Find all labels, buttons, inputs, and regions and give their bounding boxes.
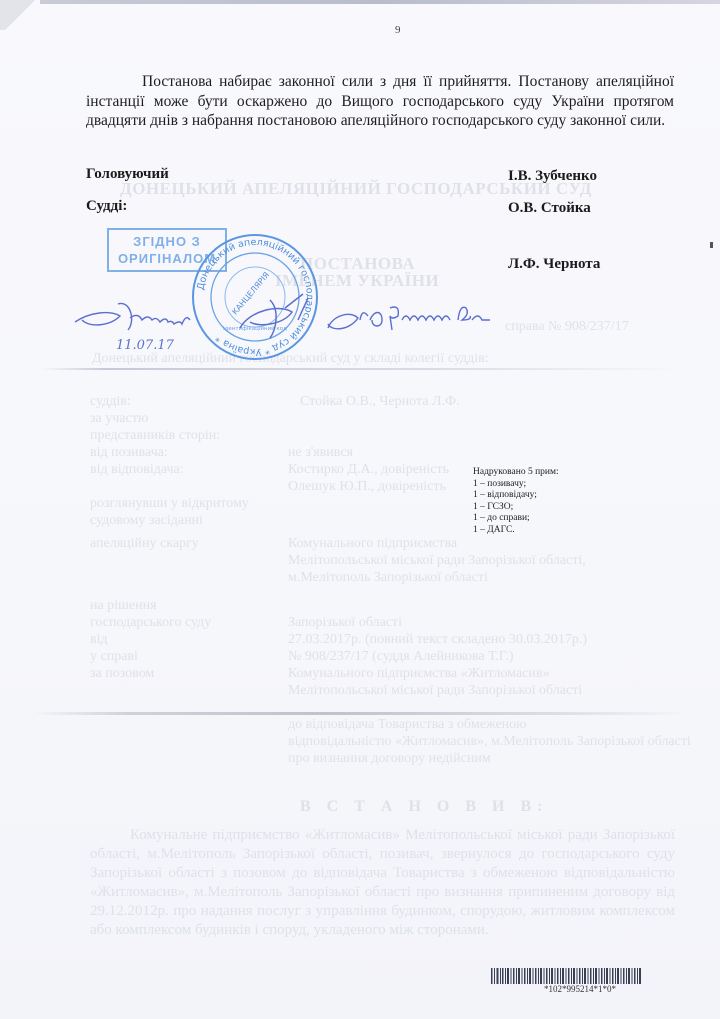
presiding-judge-label: Головуючий xyxy=(86,166,169,183)
ghost-right-value: до відповідача Товариства з обмеженою xyxy=(288,716,527,733)
paragraph-text: Постанова набирає законної сили з дня її… xyxy=(86,73,674,129)
ghost-right-value: не з'явився xyxy=(288,444,353,461)
ghost-left-label: за позовом xyxy=(90,665,154,682)
ghost-right-value: про визнання договору недійсним xyxy=(288,750,491,767)
ghost-left-label: за участю xyxy=(90,410,148,427)
ghost-left-label: від xyxy=(90,631,108,648)
distribution-item: 1 – позивачу; xyxy=(473,479,559,491)
ghost-right-value: відповідальністю «Житломасив», м.Мелітоп… xyxy=(288,733,691,750)
ghost-left-label: на рішення xyxy=(90,597,157,614)
ghost-right-value: Олешук Ю.П., довіреність xyxy=(288,478,446,495)
ghost-left-label: апеляційну скаргу xyxy=(90,535,199,552)
ghost-right-value: Мелітопольської міської ради Запорізької… xyxy=(288,552,586,569)
barcode-text: *102*995214*1*0* xyxy=(544,984,616,994)
ghost-left-label: господарського суду xyxy=(90,614,211,631)
certification-date: 11.07.17 xyxy=(116,338,174,353)
page-number: 9 xyxy=(395,24,401,36)
final-provision-paragraph: Постанова набирає законної сили з дня її… xyxy=(86,72,674,131)
judge-name-2: Л.Ф. Чернота xyxy=(508,256,600,273)
presiding-judge-name: І.В. Зубченко xyxy=(508,168,597,185)
ghost-established-heading: В С Т А Н О В И В: xyxy=(300,798,548,815)
ghost-left-label: від відповідача: xyxy=(90,461,184,478)
ghost-lower-paragraph: Комунальне підприємство «Житломасив» Мел… xyxy=(90,826,675,940)
ghost-left-label: у справі xyxy=(90,648,138,665)
distribution-item: 1 – ГСЗО; xyxy=(473,502,559,514)
distribution-item: 1 – ДАГС. xyxy=(473,525,559,537)
ghost-right-value: № 908/237/17 (суддя Алейникова Т.Г.) xyxy=(288,648,513,665)
scan-edge-mark xyxy=(710,242,713,248)
distribution-list: Надруковано 5 прим: 1 – позивачу; 1 – ві… xyxy=(473,467,559,536)
ghost-case-number: справа № 908/237/17 xyxy=(505,318,629,335)
ghost-right-value: Мелітопольської міської ради Запорізької… xyxy=(288,682,582,699)
ghost-left-label: розглянувши у відкритому xyxy=(90,495,249,512)
distribution-item: 1 – відповідачу; xyxy=(473,490,559,502)
barcode-icon xyxy=(491,968,641,984)
distribution-item: 1 – до справи; xyxy=(473,513,559,525)
ghost-right-value: м.Мелітополь Запорізької області xyxy=(288,569,488,586)
scan-fold-line xyxy=(40,368,680,370)
ghost-left-label: представників сторін: xyxy=(90,427,220,444)
scan-top-edge xyxy=(40,0,720,4)
document-page: ДОНЕЦЬКИЙ АПЕЛЯЦІЙНИЙ ГОСПОДАРСЬКИЙ СУД … xyxy=(0,0,720,1019)
ghost-right-value: Комунального підприємства «Житломасив» xyxy=(288,665,549,682)
judges-label: Судді: xyxy=(86,198,127,215)
ghost-right-value: 27.03.2017р. (повний текст складено 30.0… xyxy=(288,631,587,648)
ghost-left-label: судовому засіданні xyxy=(90,512,203,529)
scan-folded-corner xyxy=(0,0,40,30)
scan-fold-line xyxy=(30,712,690,715)
ghost-judges-line: Стойка О.В., Чернота Л.Ф. xyxy=(300,393,460,410)
ghost-right-value: Костирко Д.А., довіреність xyxy=(288,461,449,478)
judge-name-1: О.В. Стойка xyxy=(508,200,591,217)
ghost-left-label: від позивача: xyxy=(90,444,168,461)
ghost-left-label: суддів: xyxy=(90,393,131,410)
ghost-right-value: Запорізької області xyxy=(288,614,402,631)
ghost-right-value: Комунального підприємства xyxy=(288,535,457,552)
distribution-title: Надруковано 5 прим: xyxy=(473,467,559,479)
